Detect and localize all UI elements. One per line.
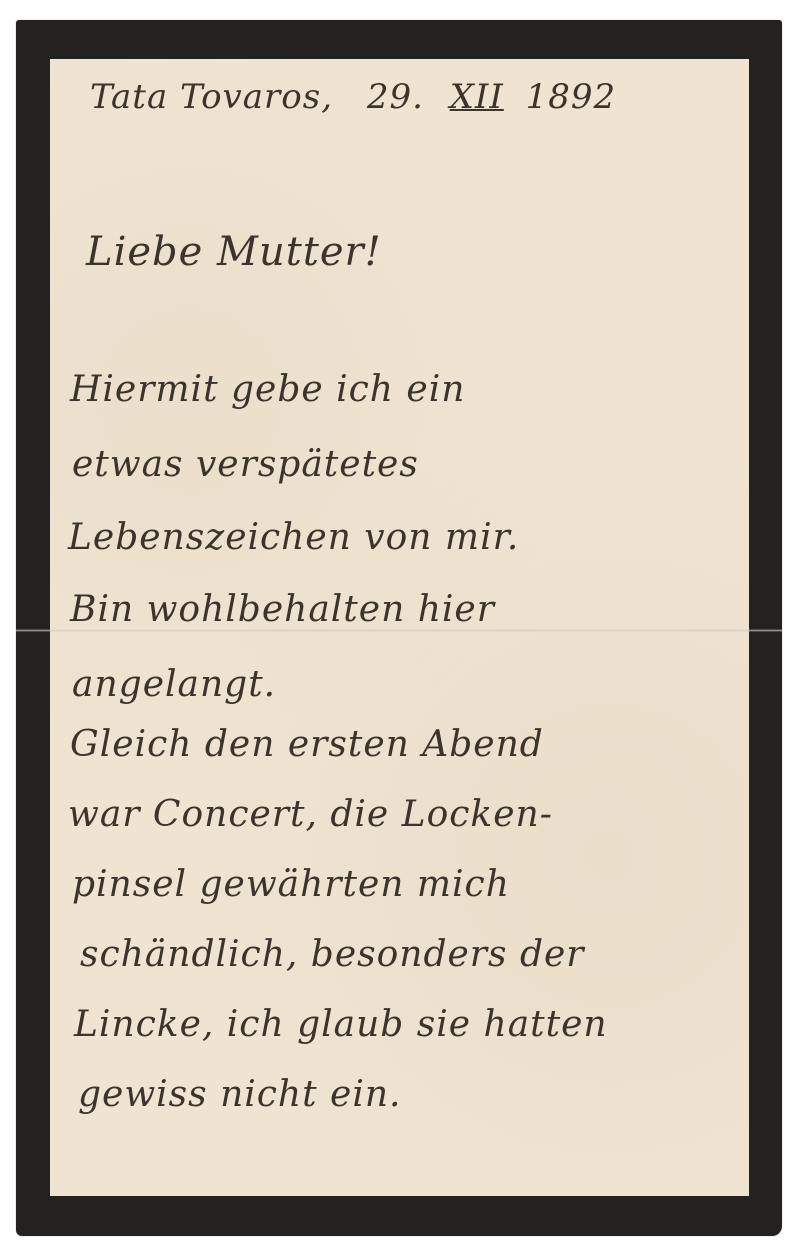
body-line: Bin wohlbehalten hier [70, 589, 495, 630]
body-line: war Concert, die Locken- [68, 794, 553, 835]
date-month: XII [450, 77, 504, 117]
salutation: Liebe Mutter! [86, 229, 382, 275]
date-year: 1892 [526, 77, 617, 117]
body-line: schändlich, besonders der [80, 934, 585, 975]
body-line: gewiss nicht ein. [78, 1074, 401, 1115]
letter-dateline: Tata Tovaros, 29. XII 1892 [90, 77, 616, 117]
paper-fold-crease [16, 629, 782, 632]
letter-paper: Tata Tovaros, 29. XII 1892 Liebe Mutter!… [50, 59, 749, 1196]
body-line: Lincke, ich glaub sie hatten [74, 1004, 608, 1045]
body-line: etwas verspätetes [72, 444, 419, 485]
place-name: Tata Tovaros, [90, 77, 333, 117]
date-day: 29. [367, 77, 424, 117]
mourning-border-card: Tata Tovaros, 29. XII 1892 Liebe Mutter!… [16, 20, 782, 1236]
body-line: angelangt. [72, 664, 276, 705]
body-line: pinsel gewährten mich [72, 864, 510, 905]
body-line: Hiermit gebe ich ein [70, 369, 465, 410]
body-line: Lebenszeichen von mir. [68, 517, 519, 558]
body-line: Gleich den ersten Abend [70, 724, 544, 765]
